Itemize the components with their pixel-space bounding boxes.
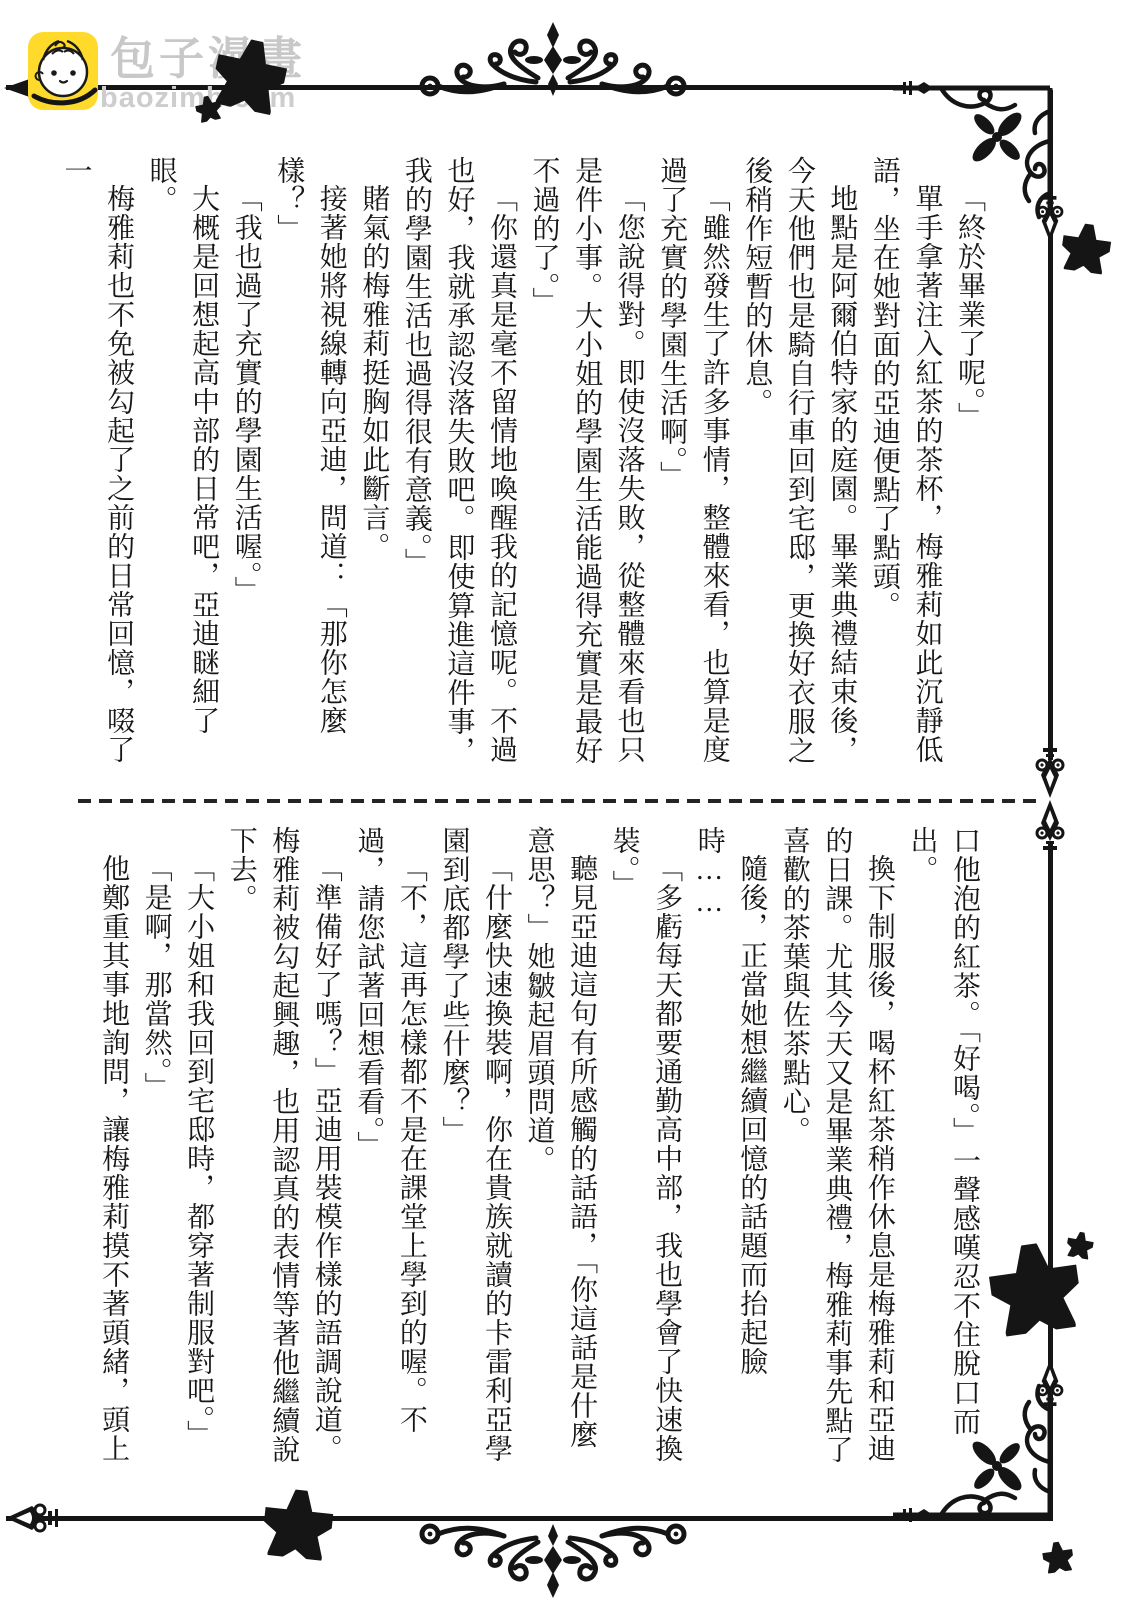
paragraph: 「您說得對。即使沒落失敗，從整體來看也只是件小事。大小姐的學園生活能過得充實是最… xyxy=(522,156,650,792)
fleur-finial-icon xyxy=(1035,748,1065,800)
paragraph: 他鄭重其事地詢問，讓梅雅莉摸不著頭緒，頭上 xyxy=(92,826,135,1464)
star-icon xyxy=(1065,1230,1095,1260)
paragraph: 賭氣的梅雅莉挺胸如此斷言。 xyxy=(352,156,395,792)
star-icon xyxy=(194,94,224,124)
fleur-finial-icon xyxy=(1036,1358,1064,1406)
star-icon xyxy=(1059,221,1113,275)
spear-arrow-icon xyxy=(4,1498,70,1538)
paragraph: 「什麼快速換裝啊，你在貴族就讀的卡雷利亞學園到底都學了些什麼？」 xyxy=(432,826,517,1464)
baozi-mascot-logo xyxy=(28,32,98,110)
paragraph: 「多虧每天都要通勤高中部，我也學會了快速換裝。」 xyxy=(602,826,687,1464)
paragraph: 地點是阿爾伯特家的庭園。畢業典禮結束後，今天他們也是騎自行車回到宅邸，更換好衣服… xyxy=(735,156,863,792)
paragraph: 換下制服後，喝杯紅茶稍作休息是梅雅莉和亞迪的日課。尤其今天又是畢業典禮，梅雅莉事… xyxy=(772,826,900,1464)
paragraph: 聽見亞迪這句有所感觸的話語，「你這話是什麼意思？」她皺起眉頭問道。 xyxy=(517,826,602,1464)
paragraph: 「大小姐和我回到宅邸時，都穿著制服對吧。」 xyxy=(177,826,220,1464)
top-flourish-icon xyxy=(418,20,688,104)
section-divider-dashed xyxy=(78,799,1044,803)
paragraph: 單手拿著注入紅茶的茶杯，梅雅莉如此沉靜低語，坐在她對面的亞迪便點了點頭。 xyxy=(862,156,947,792)
fleur-finial-icon xyxy=(1035,798,1065,850)
star-icon xyxy=(208,33,291,116)
paragraph: 「我也過了充實的學園生活喔。」 xyxy=(224,156,267,792)
star-icon xyxy=(261,1487,336,1562)
paragraph: 大概是回想起高中部的日常吧，亞迪瞇細了眼。 xyxy=(139,156,224,792)
paragraph: 口他泡的紅茶。「好喝。」一聲感嘆忍不住脫口而出。 xyxy=(900,826,985,1464)
paragraph: 「終於畢業了呢。」 xyxy=(947,156,990,792)
paragraph: 梅雅莉也不免被勾起了之前的日常回憶，啜了一 xyxy=(54,156,139,792)
paragraph: 「雖然發生了許多事情，整體來看，也算是度過了充實的學園生活啊。」 xyxy=(650,156,735,792)
fleur-finial-icon xyxy=(1036,196,1064,244)
paragraph: 「是啊，那當然。」 xyxy=(134,826,177,1464)
paragraph: 「準備好了嗎？」亞迪用裝模作樣的語調說道。梅雅莉被勾起興趣，也用認真的表情等著他… xyxy=(219,826,347,1464)
paragraph: 接著她將視線轉向亞迪，問道：「那你怎麼樣？」 xyxy=(267,156,352,792)
bottom-flourish-icon xyxy=(418,1516,688,1600)
paragraph: 隨後，正當她想繼續回憶的話題而抬起臉時…… xyxy=(687,826,772,1464)
paragraph: 「你還真是毫不留情地喚醒我的記憶呢。不過也好，我就承認沒落失敗吧。即使算進這件事… xyxy=(394,156,522,792)
novel-text-block-bottom: 口他泡的紅茶。「好喝。」一聲感嘆忍不住脫口而出。 換下制服後，喝杯紅茶稍作休息是… xyxy=(101,826,985,1464)
paragraph: 「不，這再怎樣都不是在課堂上學到的喔。不過，請您試著回想看看。」 xyxy=(347,826,432,1464)
star-icon xyxy=(1041,1540,1075,1574)
novel-text-block-top: 「終於畢業了呢。」 單手拿著注入紅茶的茶杯，梅雅莉如此沉靜低語，坐在她對面的亞迪… xyxy=(124,156,990,792)
